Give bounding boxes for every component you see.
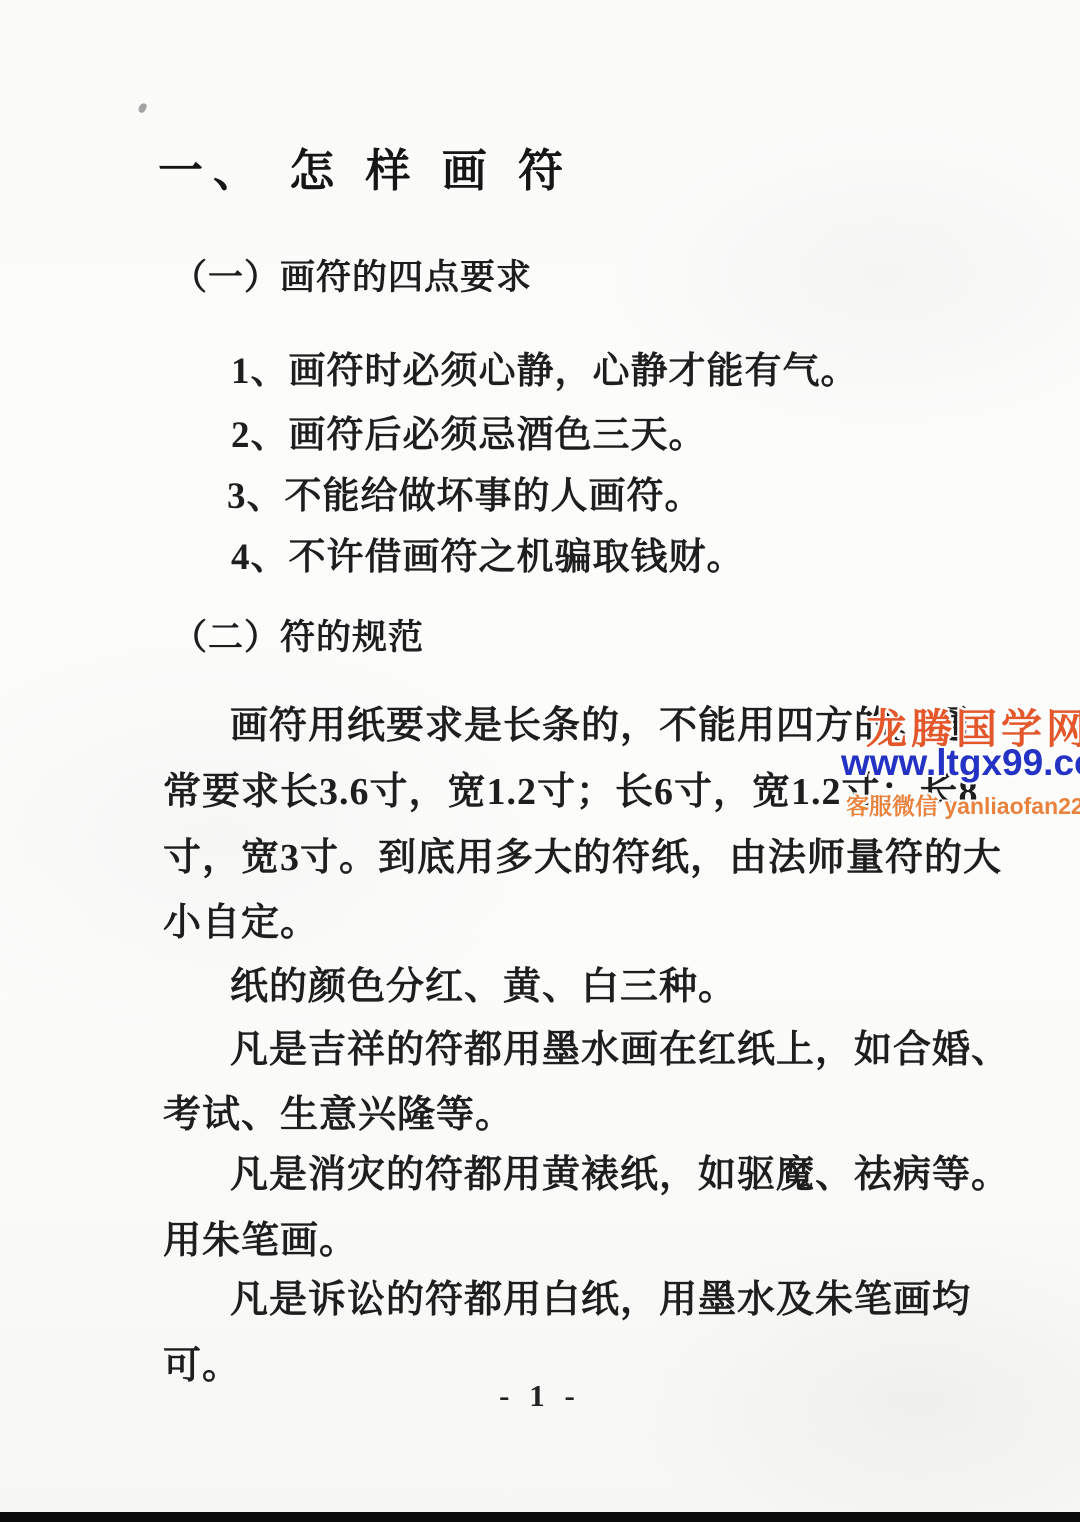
paragraph3-line1: 凡是吉祥的符都用墨水画在红纸上，如合婚、	[230, 1018, 1010, 1073]
paragraph1-line4: 小自定。	[163, 891, 319, 946]
rule-item-3: 3、不能给做坏事的人画符。	[227, 465, 703, 519]
paragraph4-line2: 用朱笔画。	[163, 1209, 358, 1264]
section2-heading: （二）符的规范	[172, 610, 424, 660]
scanned-book-page: 一、 怎 样 画 符 （一）画符的四点要求 1、画符时必须心静，心静才能有气。 …	[0, 0, 1080, 1522]
paragraph4-line1: 凡是消灾的符都用黄裱纸，如驱魔、祛病等。	[230, 1143, 1010, 1198]
paragraph2-line1: 纸的颜色分红、黄、白三种。	[230, 955, 737, 1010]
scan-bottom-edge	[0, 1512, 1080, 1522]
page-title: 一、 怎 样 画 符	[158, 134, 573, 199]
rule-item-1: 1、画符时必须心静，心静才能有气。	[231, 340, 859, 394]
rule-item-4: 4、不许借画符之机骗取钱财。	[231, 526, 745, 580]
paragraph3-line2: 考试、生意兴隆等。	[163, 1083, 514, 1138]
section1-heading: （一）画符的四点要求	[172, 250, 532, 300]
paragraph5-line1: 凡是诉讼的符都用白纸，用墨水及朱笔画均	[230, 1268, 971, 1323]
page-number: - 1 -	[0, 1378, 1080, 1414]
watermark-url: www.ltgx99.com	[841, 742, 1080, 784]
paragraph1-line1: 画符用纸要求是长条的，不能用四方的。通	[230, 694, 971, 749]
scan-speck	[137, 102, 148, 114]
watermark-contact: 客服微信 yanliaofan225	[846, 788, 1080, 821]
rule-item-2: 2、画符后必须忌酒色三天。	[231, 404, 707, 458]
paragraph1-line3: 寸，宽3寸。到底用多大的符纸，由法师量符的大	[163, 826, 1002, 881]
